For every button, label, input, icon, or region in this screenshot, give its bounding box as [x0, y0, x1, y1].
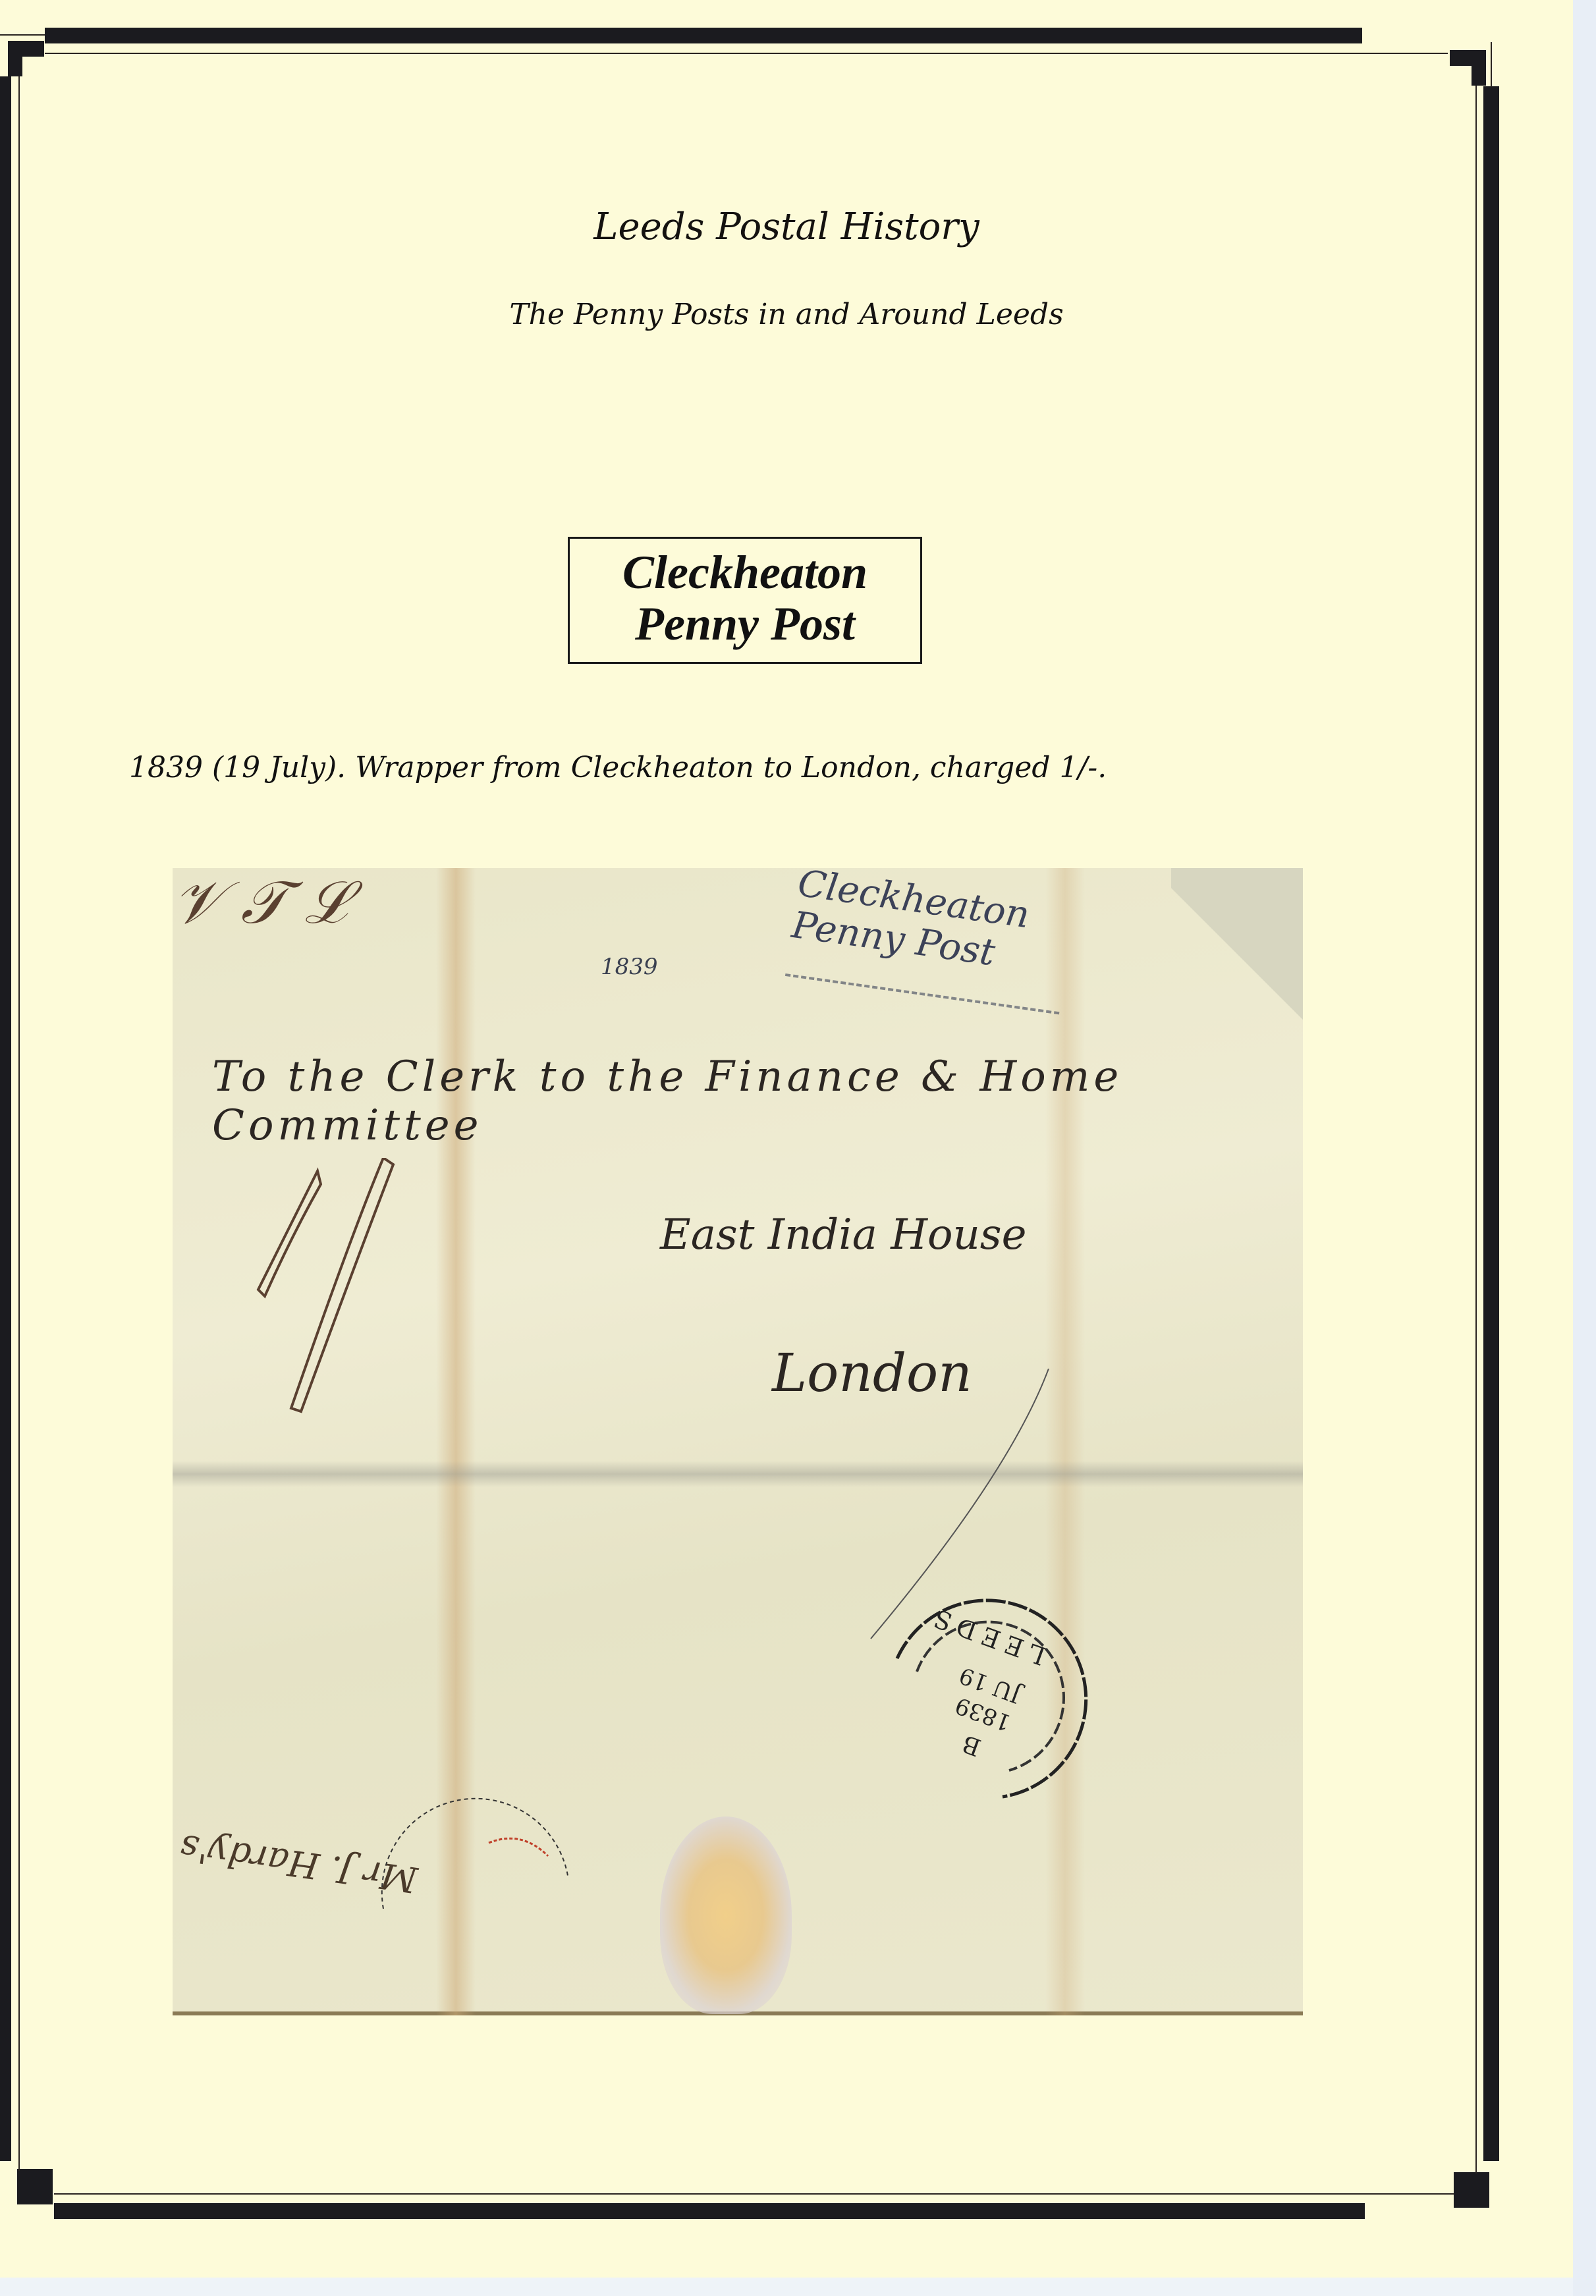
frame-right-thin: [1475, 86, 1477, 2173]
frame-corner-bl: [17, 2169, 53, 2204]
frame-outer-thin-right: [1491, 42, 1492, 87]
frame-corner-tr2: [1472, 50, 1486, 86]
postal-wrapper-image: 𝒱 𝒯 ℒ 1839 Cleckheaton Penny Post To the…: [173, 868, 1303, 2015]
folded-corner: [1171, 868, 1303, 1039]
frame-corner-br: [1454, 2172, 1489, 2208]
wax-seal-remnant: [660, 1817, 792, 2014]
page-subheading: The Penny Posts in and Around Leeds: [0, 298, 1573, 331]
frame-top-thin: [45, 53, 1448, 54]
address-line1: To the Clerk to the Finance & Home Commi…: [212, 1052, 1303, 1150]
item-caption: 1839 (19 July). Wrapper from Cleckheaton…: [129, 751, 1107, 784]
postage-charge-stroke-icon: [252, 1158, 423, 1435]
frame-bottom-thin: [54, 2193, 1454, 2195]
frame-outer-thin-top: [0, 34, 45, 36]
frame-left-thin: [18, 76, 20, 2171]
cleckheaton-penny-post-handstamp: Cleckheaton Penny Post: [785, 868, 1075, 1014]
frame-top-thick: [45, 28, 1362, 43]
section-title-line2: Penny Post: [570, 598, 920, 649]
frame-corner-tl2: [8, 41, 22, 76]
leeds-datestamp-icon: B 1839 JU 19 LEEDS: [871, 1593, 1088, 1810]
section-title-line1: Cleckheaton: [570, 547, 920, 598]
scan-background-strip: [1573, 0, 1596, 2296]
frame-bottom-thick: [54, 2203, 1365, 2219]
manuscript-charge-mark: 𝒱 𝒯 ℒ: [173, 868, 348, 938]
frame-right-thick: [1483, 86, 1499, 2161]
page-heading: Leeds Postal History: [0, 205, 1573, 248]
horizontal-fold: [173, 1461, 1303, 1487]
album-page: Leeds Postal History The Penny Posts in …: [0, 0, 1573, 2278]
section-title-box: Cleckheaton Penny Post: [568, 537, 922, 664]
year-annotation: 1839: [601, 954, 658, 980]
frame-left-thick: [0, 76, 11, 2161]
address-line2: East India House: [660, 1211, 1027, 1259]
datestamp-code: B: [959, 1730, 985, 1761]
